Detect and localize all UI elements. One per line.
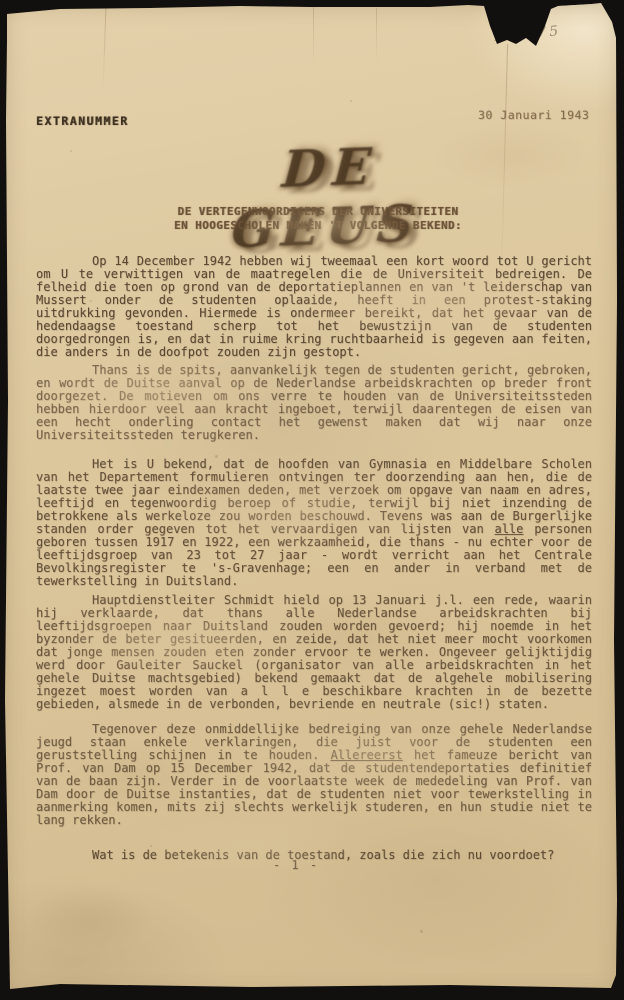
pencil-inscription: 2-1475	[493, 23, 561, 45]
masthead-subtitle: DE VERTEGENWOORDIGERS DER UNIVERSITEITEN…	[118, 205, 518, 232]
paragraph-3-underlined-word: alle	[494, 522, 523, 536]
paragraph-5-underlined-word: Allereerst	[330, 748, 402, 762]
edition-label: EXTRANUMMER	[36, 114, 129, 128]
subtitle-line-2: EN HOOGESCHOLEN MAKEN 'T VOLGENDE BEKEND…	[118, 219, 518, 233]
crease-line	[376, 8, 377, 62]
crease-line	[501, 44, 508, 279]
paragraph-4: Hauptdienstleiter Schmidt hield op 13 Ja…	[36, 594, 592, 711]
paragraph-2: Thans is de spits, aanvankelijk tegen de…	[36, 364, 592, 442]
paper-speck	[70, 150, 72, 152]
stain	[25, 885, 155, 950]
paper-speck	[150, 845, 152, 847]
paragraph-1: Op 14 December 1942 hebben wij tweemaal …	[36, 255, 592, 359]
crease-line	[103, 8, 107, 90]
crease-line	[313, 6, 314, 68]
paper-speck	[420, 930, 423, 933]
subtitle-line-1: DE VERTEGENWOORDIGERS DER UNIVERSITEITEN	[118, 205, 518, 219]
paragraph-3: Het is U bekend, dat de hoofden van Gymn…	[36, 458, 592, 588]
paper-speck	[350, 100, 352, 102]
scanned-document-page: EXTRANUMMER 30 Januari 1943 2-1475 DE GE…	[0, 0, 624, 1000]
page-number: - 1 -	[36, 858, 556, 872]
paper-sheet: EXTRANUMMER 30 Januari 1943 2-1475 DE GE…	[0, 0, 624, 1000]
date-line: 30 Januari 1943	[478, 108, 589, 122]
masthead-title: DE GEUS	[174, 133, 482, 262]
paragraph-5: Tegenover deze onmiddellijke bedreiging …	[36, 723, 592, 827]
